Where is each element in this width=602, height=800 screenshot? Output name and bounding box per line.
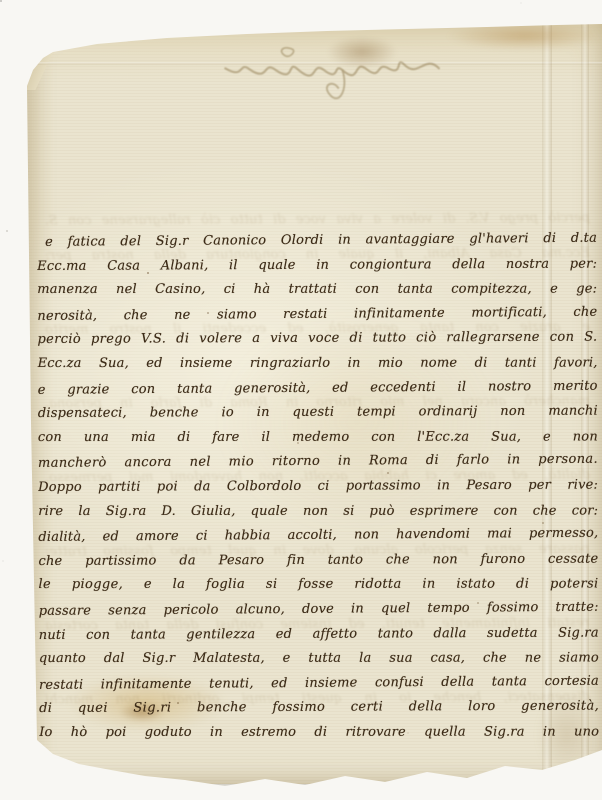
manuscript-line: nerosità, che ne siamo restati infinitam… [37,300,597,329]
manuscript-line: le piogge, e la foglia si fosse ridotta … [39,573,599,598]
dogear-fold [27,50,57,90]
manuscript-line: passare senza pericolo alcuno, dove in q… [39,596,599,625]
manuscript-line: Doppo partiti poi da Colbordolo ci porta… [38,473,598,500]
manuscript-line: nuti con tanta gentilezza ed affetto tan… [39,621,599,648]
manuscript-line: che partissimo da Pesaro fin tanto che n… [38,547,598,574]
manuscript-line: perciò prego V.S. di volere a viva voce … [37,326,597,353]
paper-sheet: perciò prego V.S. di volere a viva voce … [27,22,602,784]
scan-background: { "scan": { "kind_label": "scanned handw… [0,0,602,800]
manuscript-line: Io hò poi goduto in estremo di ritrovare… [39,720,599,745]
scanner-dust-specks [0,0,2,2]
manuscript-text-block: e fatica del Sig.r Canonico Olordi in av… [37,228,599,747]
manuscript-line: e grazie con tanta generosità, ed eccede… [38,374,598,403]
manuscript-line: rire la Sig.ra D. Giulia, quale non si p… [38,499,598,524]
manuscript-line: e fatica del Sig.r Canonico Olordi in av… [37,227,597,256]
stain [447,22,602,50]
manuscript-line: quanto dal Sig.r Malatesta, e tutta la s… [39,647,599,672]
manuscript-line: dialità, ed amore ci habbia accolti, non… [38,522,598,551]
manuscript-line: Ecc.za Sua, ed insieme ringraziarlo in m… [38,352,598,377]
manuscript-line: mancherò ancora nel mio ritorno in Roma … [38,448,598,477]
manuscript-line: con una mia di fare il medemo con l'Ecc.… [38,425,598,450]
manuscript-line: restati infinitamente tenuti, ed insieme… [39,669,599,698]
manuscript-line: dispensateci, benche io in questi tempi … [38,400,598,427]
manuscript-line: Ecc.ma Casa Albani, il quale in congiont… [37,252,597,279]
manuscript-line: di quei Sig.ri benche fossimo certi dell… [39,695,599,722]
manuscript-line: manenza nel Casino, ci hà trattati con t… [37,278,597,303]
